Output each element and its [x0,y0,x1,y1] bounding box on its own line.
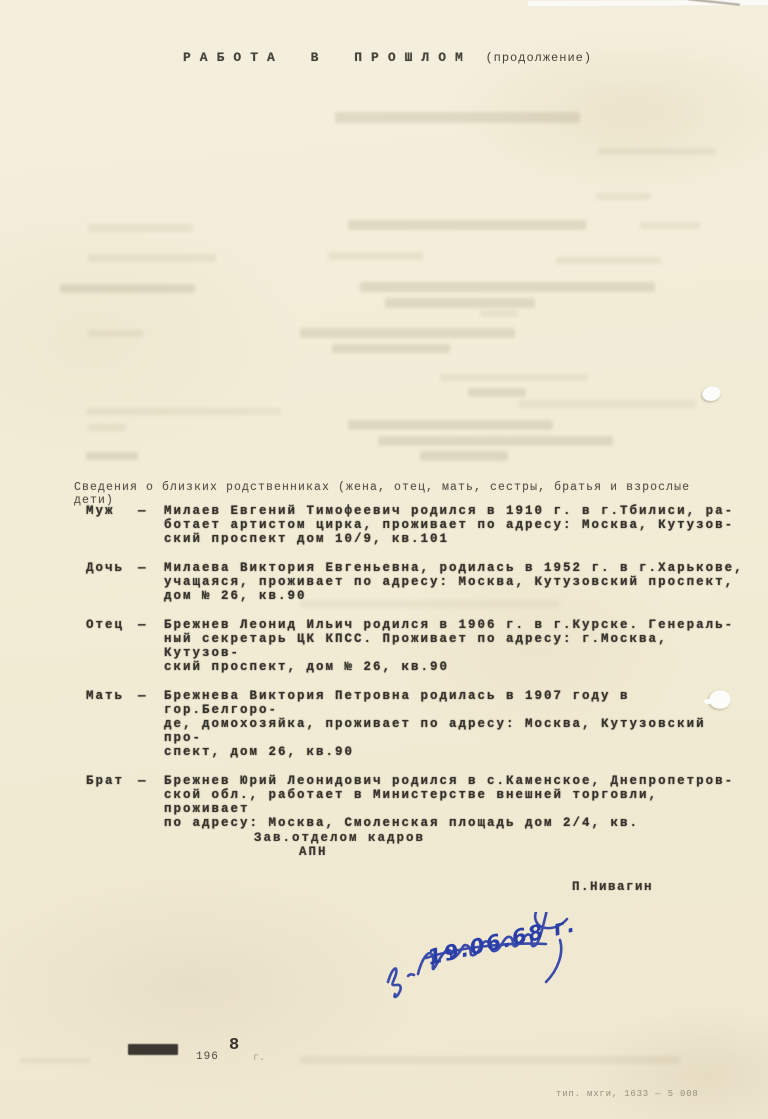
bleedthrough-smudge [596,193,651,200]
relative-line: Брежнев Леонид Ильич родился в 1906 г. в… [164,618,746,632]
bleedthrough-smudge [300,1056,680,1064]
dash: — [138,774,164,830]
bleedthrough-smudge [556,257,661,264]
relative-entry-daughter: Дочь — Милаева Виктория Евгеньевна, роди… [86,561,746,603]
bleedthrough-smudge [385,298,535,308]
bleedthrough-smudge [360,282,655,292]
relative-text: Брежнев Юрий Леонидович родился в с.Каме… [164,774,746,830]
page-title: РАБОТА В ПРОШЛОМ (продолжение) [183,48,592,66]
date-suffix: г. [253,1053,265,1064]
bleedthrough-smudge [348,220,586,230]
relative-line: ской обл., работает в Министерстве внешн… [164,788,746,816]
bleedthrough-smudge [86,452,138,460]
bleedthrough-smudge [88,424,126,431]
date-year-digit: 8 [229,1036,239,1055]
relatives-list: Муж — Милаев Евгений Тимофеевич родился … [86,504,746,845]
punch-hole [701,384,723,403]
date-century: 196 [196,1051,219,1063]
bleedthrough-smudge [60,284,195,293]
relative-line: по адресу: Москва, Смоленская площадь до… [164,816,746,830]
relative-line: спект, дом 26, кв.90 [164,745,746,759]
relative-line: де, домохозяйка, проживает по адресу: Мо… [164,717,746,745]
dash: — [138,618,164,674]
bleedthrough-smudge [86,408,281,415]
relative-label: Мать [86,689,138,759]
bleedthrough-smudge [335,112,580,123]
relative-text: Брежнев Леонид Ильич родился в 1906 г. в… [164,618,746,674]
dash: — [138,504,164,546]
relative-label: Брат [86,774,138,830]
bleedthrough-smudge [420,451,508,461]
relative-label: Отец [86,618,138,674]
bleedthrough-smudge [300,328,515,338]
relative-entry-mother: Мать — Брежнева Виктория Петровна родила… [86,689,746,759]
bleedthrough-smudge [20,1058,90,1063]
bleedthrough-smudge [440,374,588,381]
signoff-name: П.Нивагин [572,880,653,894]
relative-line: ный секретарь ЦК КПСС. Проживает по адре… [164,632,746,660]
relative-entry-brother: Брат — Брежнев Юрий Леонидович родился в… [86,774,746,830]
bleedthrough-smudge [88,254,216,262]
bleedthrough-smudge [332,344,450,353]
relative-text: Милаев Евгений Тимофеевич родился в 1910… [164,504,746,546]
relative-text: Брежнева Виктория Петровна родилась в 19… [164,689,746,759]
bleedthrough-smudge [88,224,193,232]
relative-line: ботает артистом цирка, проживает по адре… [164,518,746,532]
relative-line: Милаева Виктория Евгеньевна, родилась в … [164,561,746,575]
page-title-text: РАБОТА В ПРОШЛОМ [183,50,472,65]
relative-label: Муж [86,504,138,546]
bleedthrough-smudge [328,252,423,260]
bleedthrough-smudge [640,222,700,229]
scanned-document-page: РАБОТА В ПРОШЛОМ (продолжение) Сведения … [0,0,768,1119]
bleedthrough-smudge [88,330,143,337]
relative-line: Милаев Евгений Тимофеевич родился в 1910… [164,504,746,518]
relative-line: Брежнев Юрий Леонидович родился в с.Каме… [164,774,746,788]
overstruck-word-smudge [128,1044,178,1055]
print-footer: тип. мхги, 1633 — 5 008 [556,1089,699,1099]
bleedthrough-smudge [480,310,518,317]
relative-line: Брежнева Виктория Петровна родилась в 19… [164,689,746,717]
punch-hole [709,690,731,709]
bleedthrough-smudge [468,388,526,397]
bleedthrough-smudge [598,148,716,155]
bleedthrough-smudge [378,436,613,446]
signoff-organization: АПН [299,845,328,859]
page-title-subtitle: (продолжение) [485,51,592,65]
signoff-position: Зав.отделом кадров [254,831,425,845]
relative-entry-father: Отец — Брежнев Леонид Ильич родился в 19… [86,618,746,674]
bleedthrough-smudge [348,420,553,430]
relative-line: ский проспект, дом № 26, кв.90 [164,660,746,674]
dash: — [138,561,164,603]
relative-line: дом № 26, кв.90 [164,589,746,603]
dash: — [138,689,164,759]
relative-text: Милаева Виктория Евгеньевна, родилась в … [164,561,746,603]
relative-line: учащаяся, проживает по адресу: Москва, К… [164,575,746,589]
relative-label: Дочь [86,561,138,603]
relative-entry-husband: Муж — Милаев Евгений Тимофеевич родился … [86,504,746,546]
relative-line: ский проспект дом 10/9, кв.101 [164,532,746,546]
bleedthrough-smudge [518,400,696,408]
